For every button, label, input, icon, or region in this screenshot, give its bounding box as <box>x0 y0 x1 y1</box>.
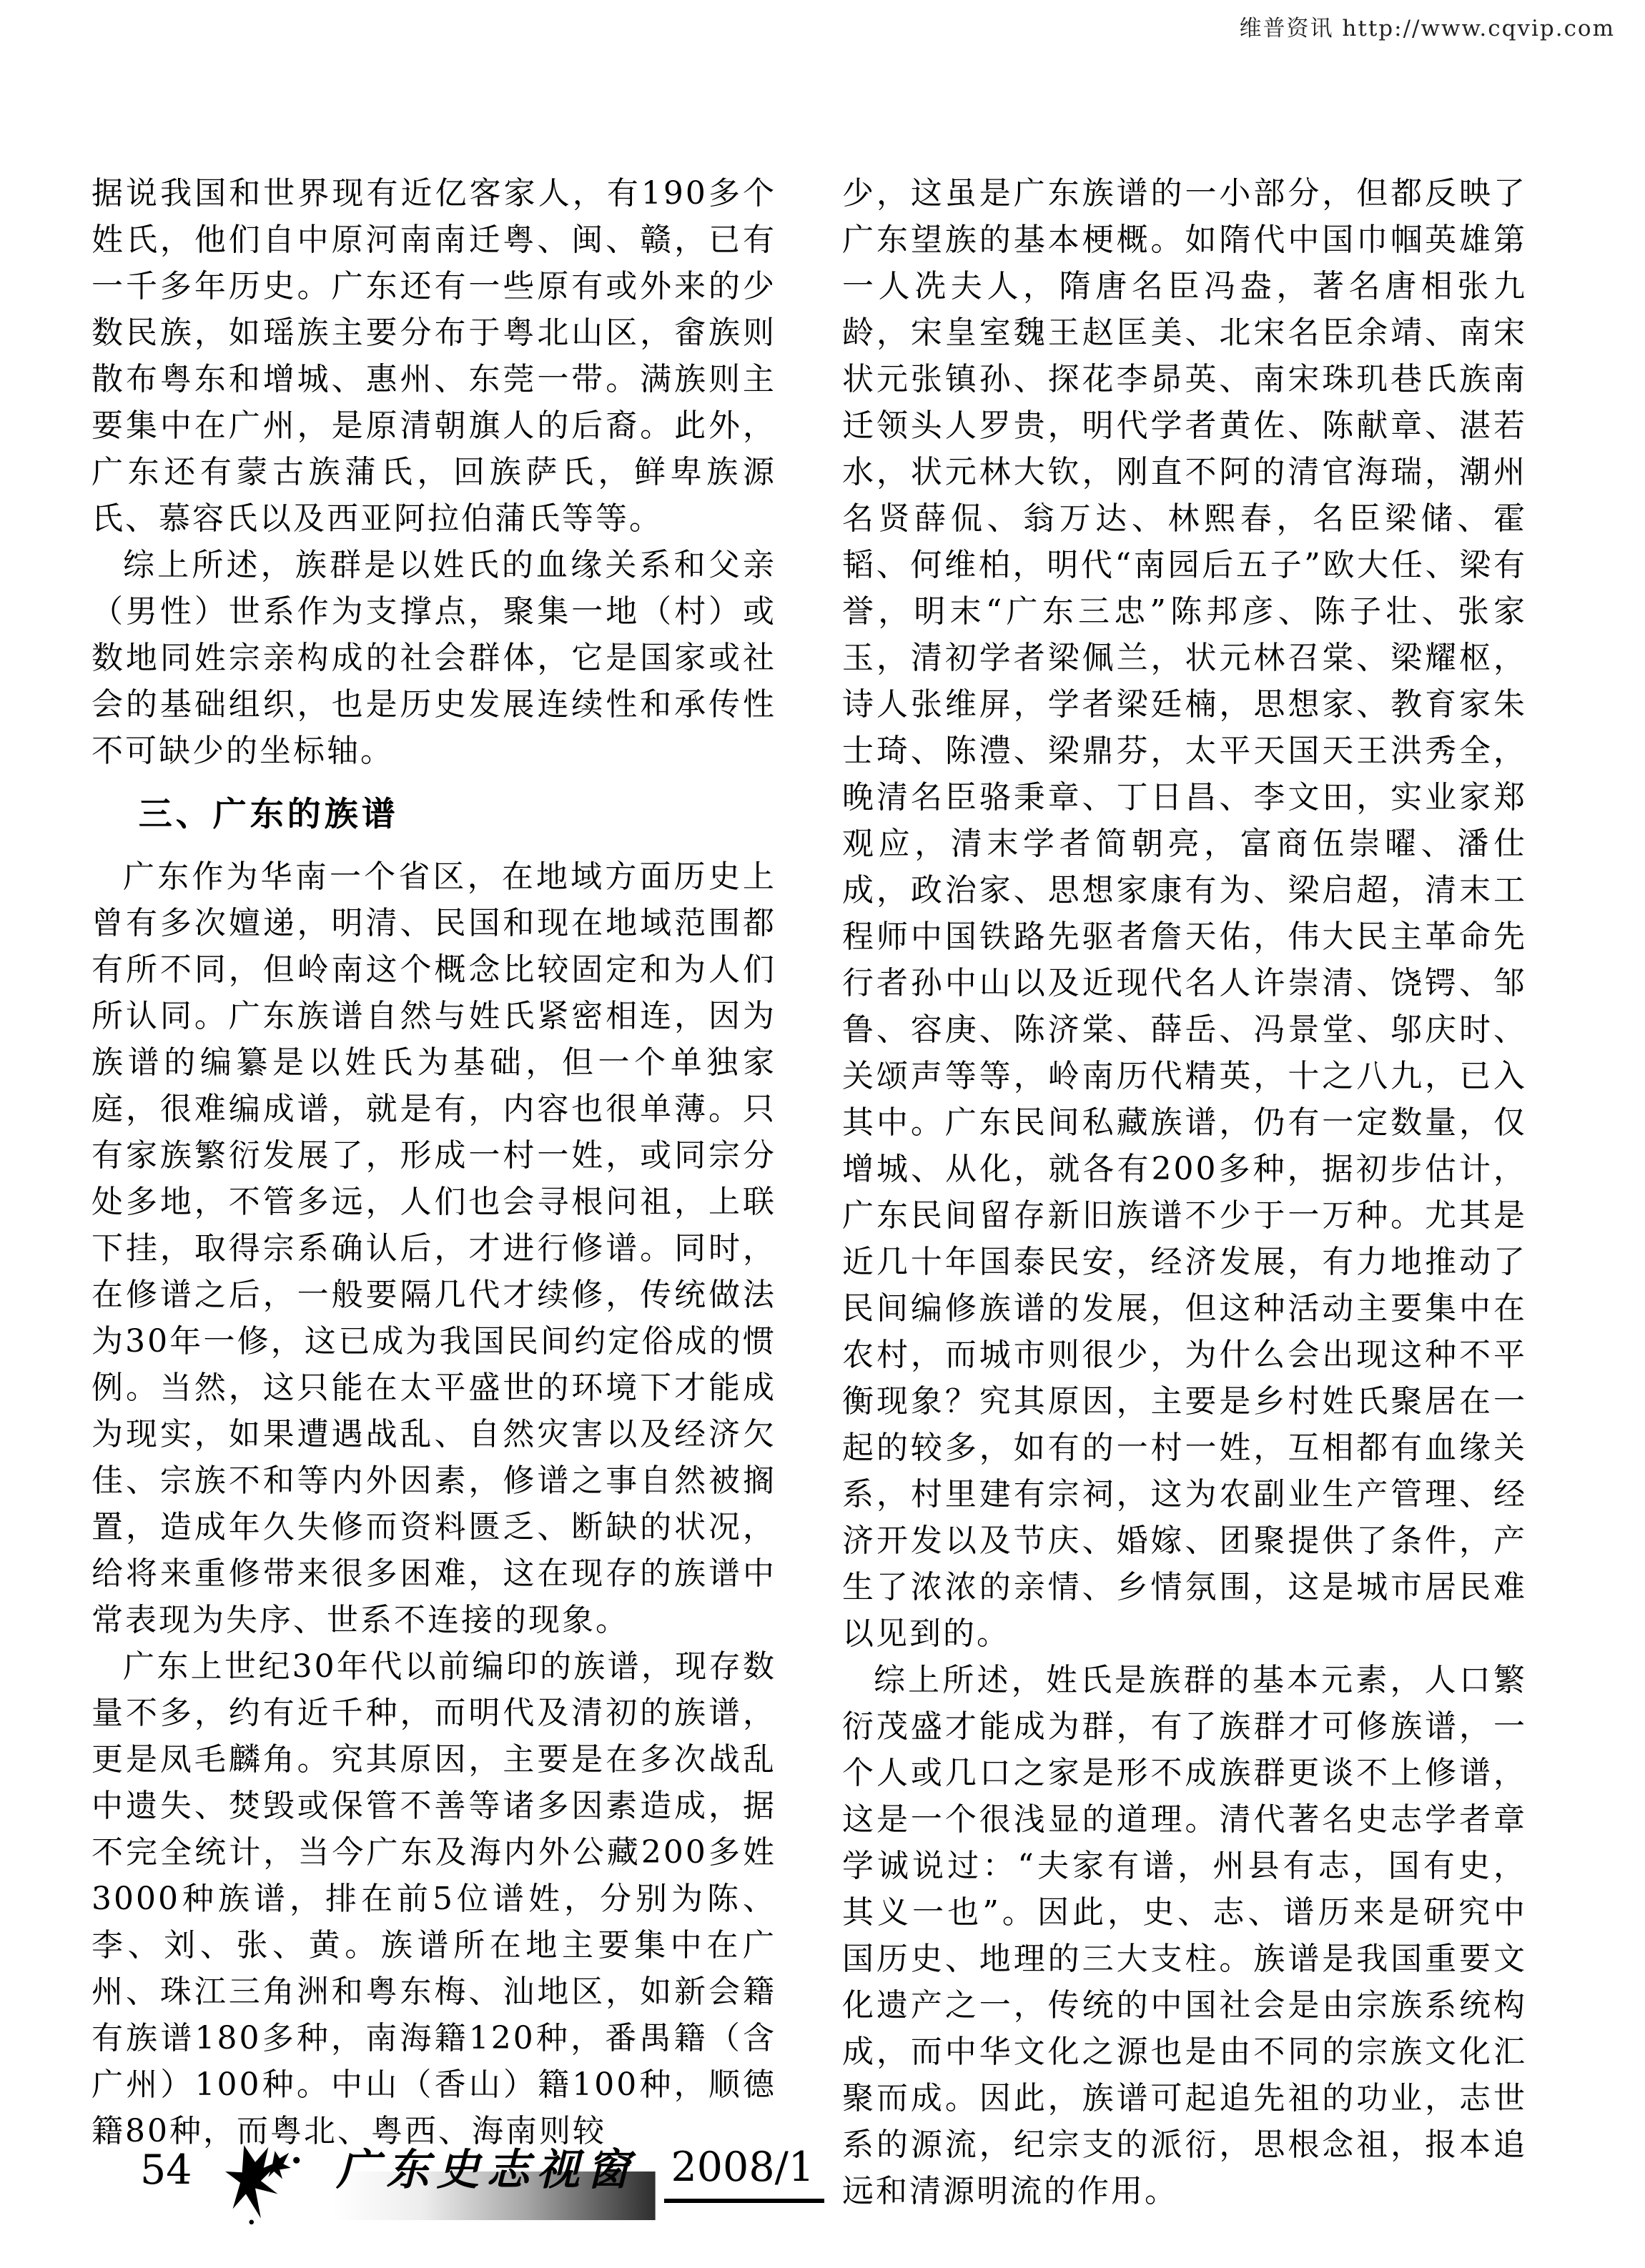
footer: 54 广东史志视窗 2008/1 <box>140 2141 824 2226</box>
paragraph: 少，这虽是广东族谱的一小部分，但都反映了广东望族的基本梗概。如隋代中国巾帼英雄第… <box>842 170 1527 1657</box>
paragraph: 综上所述，姓氏是族群的基本元素，人口繁衍茂盛才能成为群，有了族群才可修族谱，一个… <box>842 1657 1527 2214</box>
paragraph: 综上所述，族群是以姓氏的血缘关系和父亲（男性）世系作为支撑点，聚集一地（村）或数… <box>92 542 776 774</box>
scanned-page: 维普资讯 http://www.cqvip.com 据说我国和世界现有近亿客家人… <box>0 0 1645 2268</box>
paragraph: 广东作为华南一个省区，在地域方面历史上曾有多次嬗递，明清、民国和现在地域范围都有… <box>92 853 776 1643</box>
watermark: 维普资讯 http://www.cqvip.com <box>1240 10 1615 42</box>
right-column: 少，这虽是广东族谱的一小部分，但都反映了广东望族的基本梗概。如隋代中国巾帼英雄第… <box>842 170 1527 2214</box>
left-column: 据说我国和世界现有近亿客家人，有190多个姓氏，他们自中原河南南迁粤、闽、赣，已… <box>92 170 776 2214</box>
paragraph: 广东上世纪30年代以前编印的族谱，现存数量不多，约有近千种，而明代及清初的族谱，… <box>92 1643 776 2154</box>
text-columns: 据说我国和世界现有近亿客家人，有190多个姓氏，他们自中原河南南迁粤、闽、赣，已… <box>92 170 1527 2214</box>
issue-number: 2008/1 <box>664 2141 825 2203</box>
journal-title: 广东史志视窗 <box>304 2141 656 2220</box>
page-number: 54 <box>140 2141 192 2199</box>
paragraph: 据说我国和世界现有近亿客家人，有190多个姓氏，他们自中原河南南迁粤、闽、赣，已… <box>92 170 776 542</box>
section-heading: 三、广东的族谱 <box>92 791 776 838</box>
